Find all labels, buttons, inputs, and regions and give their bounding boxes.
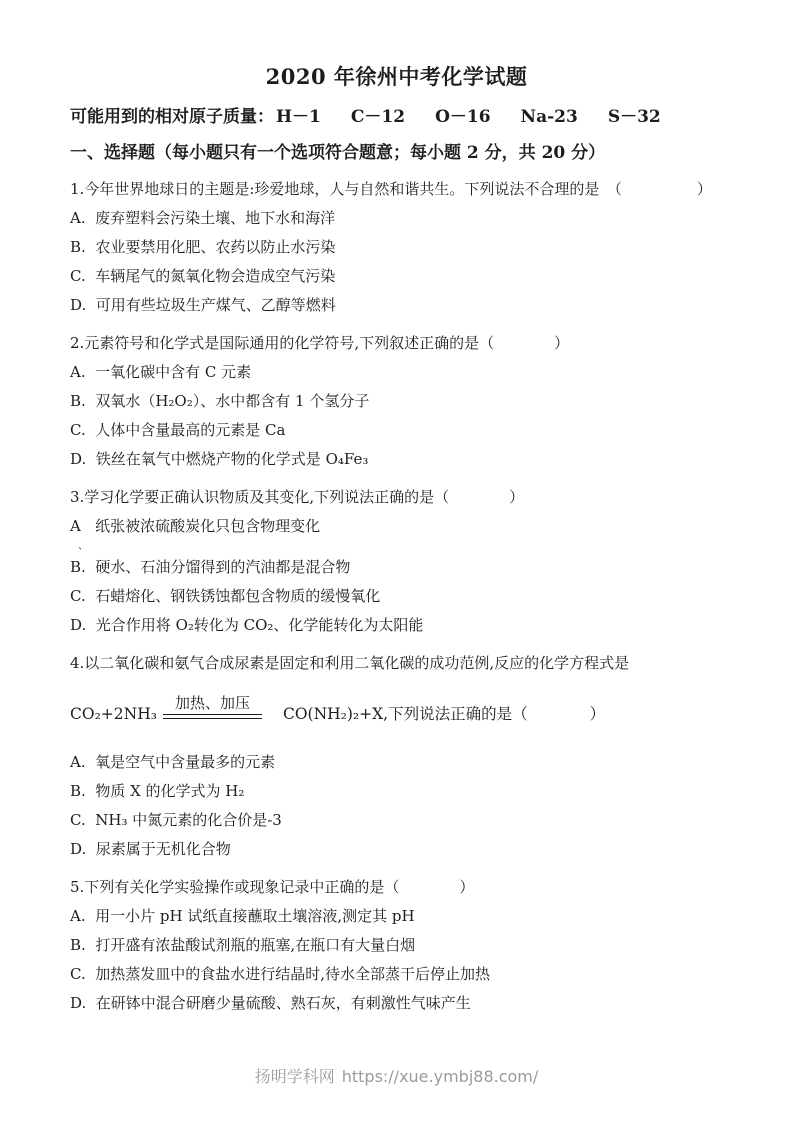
- footer-link[interactable]: https://xue.ymbj88.com/: [342, 1067, 539, 1086]
- page-footer: 扬明学科网https://xue.ymbj88.com/: [0, 1066, 793, 1088]
- equation-condition: 加热、加压: [163, 693, 262, 719]
- option: A. 用一小片 pH 试纸直接蘸取土壤溶液,测定其 pH: [0, 902, 793, 931]
- page-title: 2020 年徐州中考化学试题: [0, 0, 793, 92]
- question-4: 4.以二氧化碳和氨气合成尿素是固定和利用二氧化碳的成功范例,反应的化学方程式是 …: [0, 649, 793, 864]
- option: A. 氧是空气中含量最多的元素: [0, 748, 793, 777]
- equation-double-line: [163, 714, 262, 719]
- question-stem: 1.今年世界地球日的主题是:珍爱地球，人与自然和谐共生。下列说法不合理的是 （ …: [0, 175, 793, 204]
- option: B. 硬水、石油分馏得到的汽油都是混合物: [0, 553, 793, 582]
- option: B. 农业要禁用化肥、农药以防止水污染: [0, 233, 793, 262]
- atomic-mass-line: 可能用到的相对原子质量：H－1C－12O－16Na-23S－32: [0, 104, 793, 130]
- option: C. 车辆尾气的氮氧化物会造成空气污染: [0, 262, 793, 291]
- option: D. 可用有些垃圾生产煤气、乙醇等燃料: [0, 291, 793, 320]
- question-2: 2.元素符号和化学式是国际通用的化学符号,下列叙述正确的是（ ） A. 一氧化碳…: [0, 329, 793, 474]
- option: C. 人体中含量最高的元素是 Ca: [0, 416, 793, 445]
- question-stem: 4.以二氧化碳和氨气合成尿素是固定和利用二氧化碳的成功范例,反应的化学方程式是: [0, 649, 793, 678]
- option: A 纸张被浓硫酸炭化只包含物理变化: [0, 512, 793, 541]
- option: D. 在研钵中混合研磨少量硫酸、熟石灰，有刺激性气味产生: [0, 989, 793, 1018]
- equation-reactants: CO₂+2NH₃: [70, 704, 157, 724]
- option: C. 石蜡熔化、钢铁锈蚀都包含物质的缓慢氧化: [0, 582, 793, 611]
- option: A. 废弃塑料会污染土壤、地下水和海洋: [0, 204, 793, 233]
- option: D. 铁丝在氧气中燃烧产物的化学式是 O₄Fe₃: [0, 445, 793, 474]
- option: C. NH₃ 中氮元素的化合价是-3: [0, 806, 793, 835]
- option: C. 加热蒸发皿中的食盐水进行结晶时,待水全部蒸干后停止加热: [0, 960, 793, 989]
- option: B. 打开盛有浓盐酸试剂瓶的瓶塞,在瓶口有大量白烟: [0, 931, 793, 960]
- option: D. 光合作用将 O₂转化为 CO₂、化学能转化为太阳能: [0, 611, 793, 640]
- option: B. 双氧水（H₂O₂）、水中都含有 1 个氢分子: [0, 387, 793, 416]
- footer-site-name: 扬明学科网: [255, 1067, 335, 1086]
- atomic-mass-value: H－1: [276, 107, 321, 127]
- stray-mark: 、: [0, 541, 793, 553]
- question-3: 3.学习化学要正确认识物质及其变化,下列说法正确的是（ ） A 纸张被浓硫酸炭化…: [0, 483, 793, 640]
- question-stem: 2.元素符号和化学式是国际通用的化学符号,下列叙述正确的是（ ）: [0, 329, 793, 358]
- option: A. 一氧化碳中含有 C 元素: [0, 358, 793, 387]
- option: D. 尿素属于无机化合物: [0, 835, 793, 864]
- question-stem: 5.下列有关化学实验操作或现象记录中正确的是（ ）: [0, 873, 793, 902]
- question-5: 5.下列有关化学实验操作或现象记录中正确的是（ ） A. 用一小片 pH 试纸直…: [0, 873, 793, 1018]
- atomic-mass-value: C－12: [351, 107, 405, 127]
- section-heading: 一、选择题（每小题只有一个选项符合题意；每小题 2 分，共 20 分）: [0, 140, 793, 166]
- atomic-mass-value: Na-23: [521, 107, 578, 127]
- exam-paper-page: 2020 年徐州中考化学试题 可能用到的相对原子质量：H－1C－12O－16Na…: [0, 0, 793, 1122]
- question-1: 1.今年世界地球日的主题是:珍爱地球，人与自然和谐共生。下列说法不合理的是 （ …: [0, 175, 793, 320]
- atomic-mass-label: 可能用到的相对原子质量：: [70, 107, 274, 127]
- question-stem: 3.学习化学要正确认识物质及其变化,下列说法正确的是（ ）: [0, 483, 793, 512]
- atomic-mass-value: S－32: [608, 107, 661, 127]
- atomic-mass-value: O－16: [435, 107, 490, 127]
- option: B. 物质 X 的化学式为 H₂: [0, 777, 793, 806]
- equation-condition-text: 加热、加压: [163, 693, 262, 714]
- equation-products: CO(NH₂)₂+X,下列说法正确的是（ ）: [283, 704, 605, 724]
- chemical-equation: CO₂+2NH₃ 加热、加压 CO(NH₂)₂+X,下列说法正确的是（ ）: [0, 678, 793, 724]
